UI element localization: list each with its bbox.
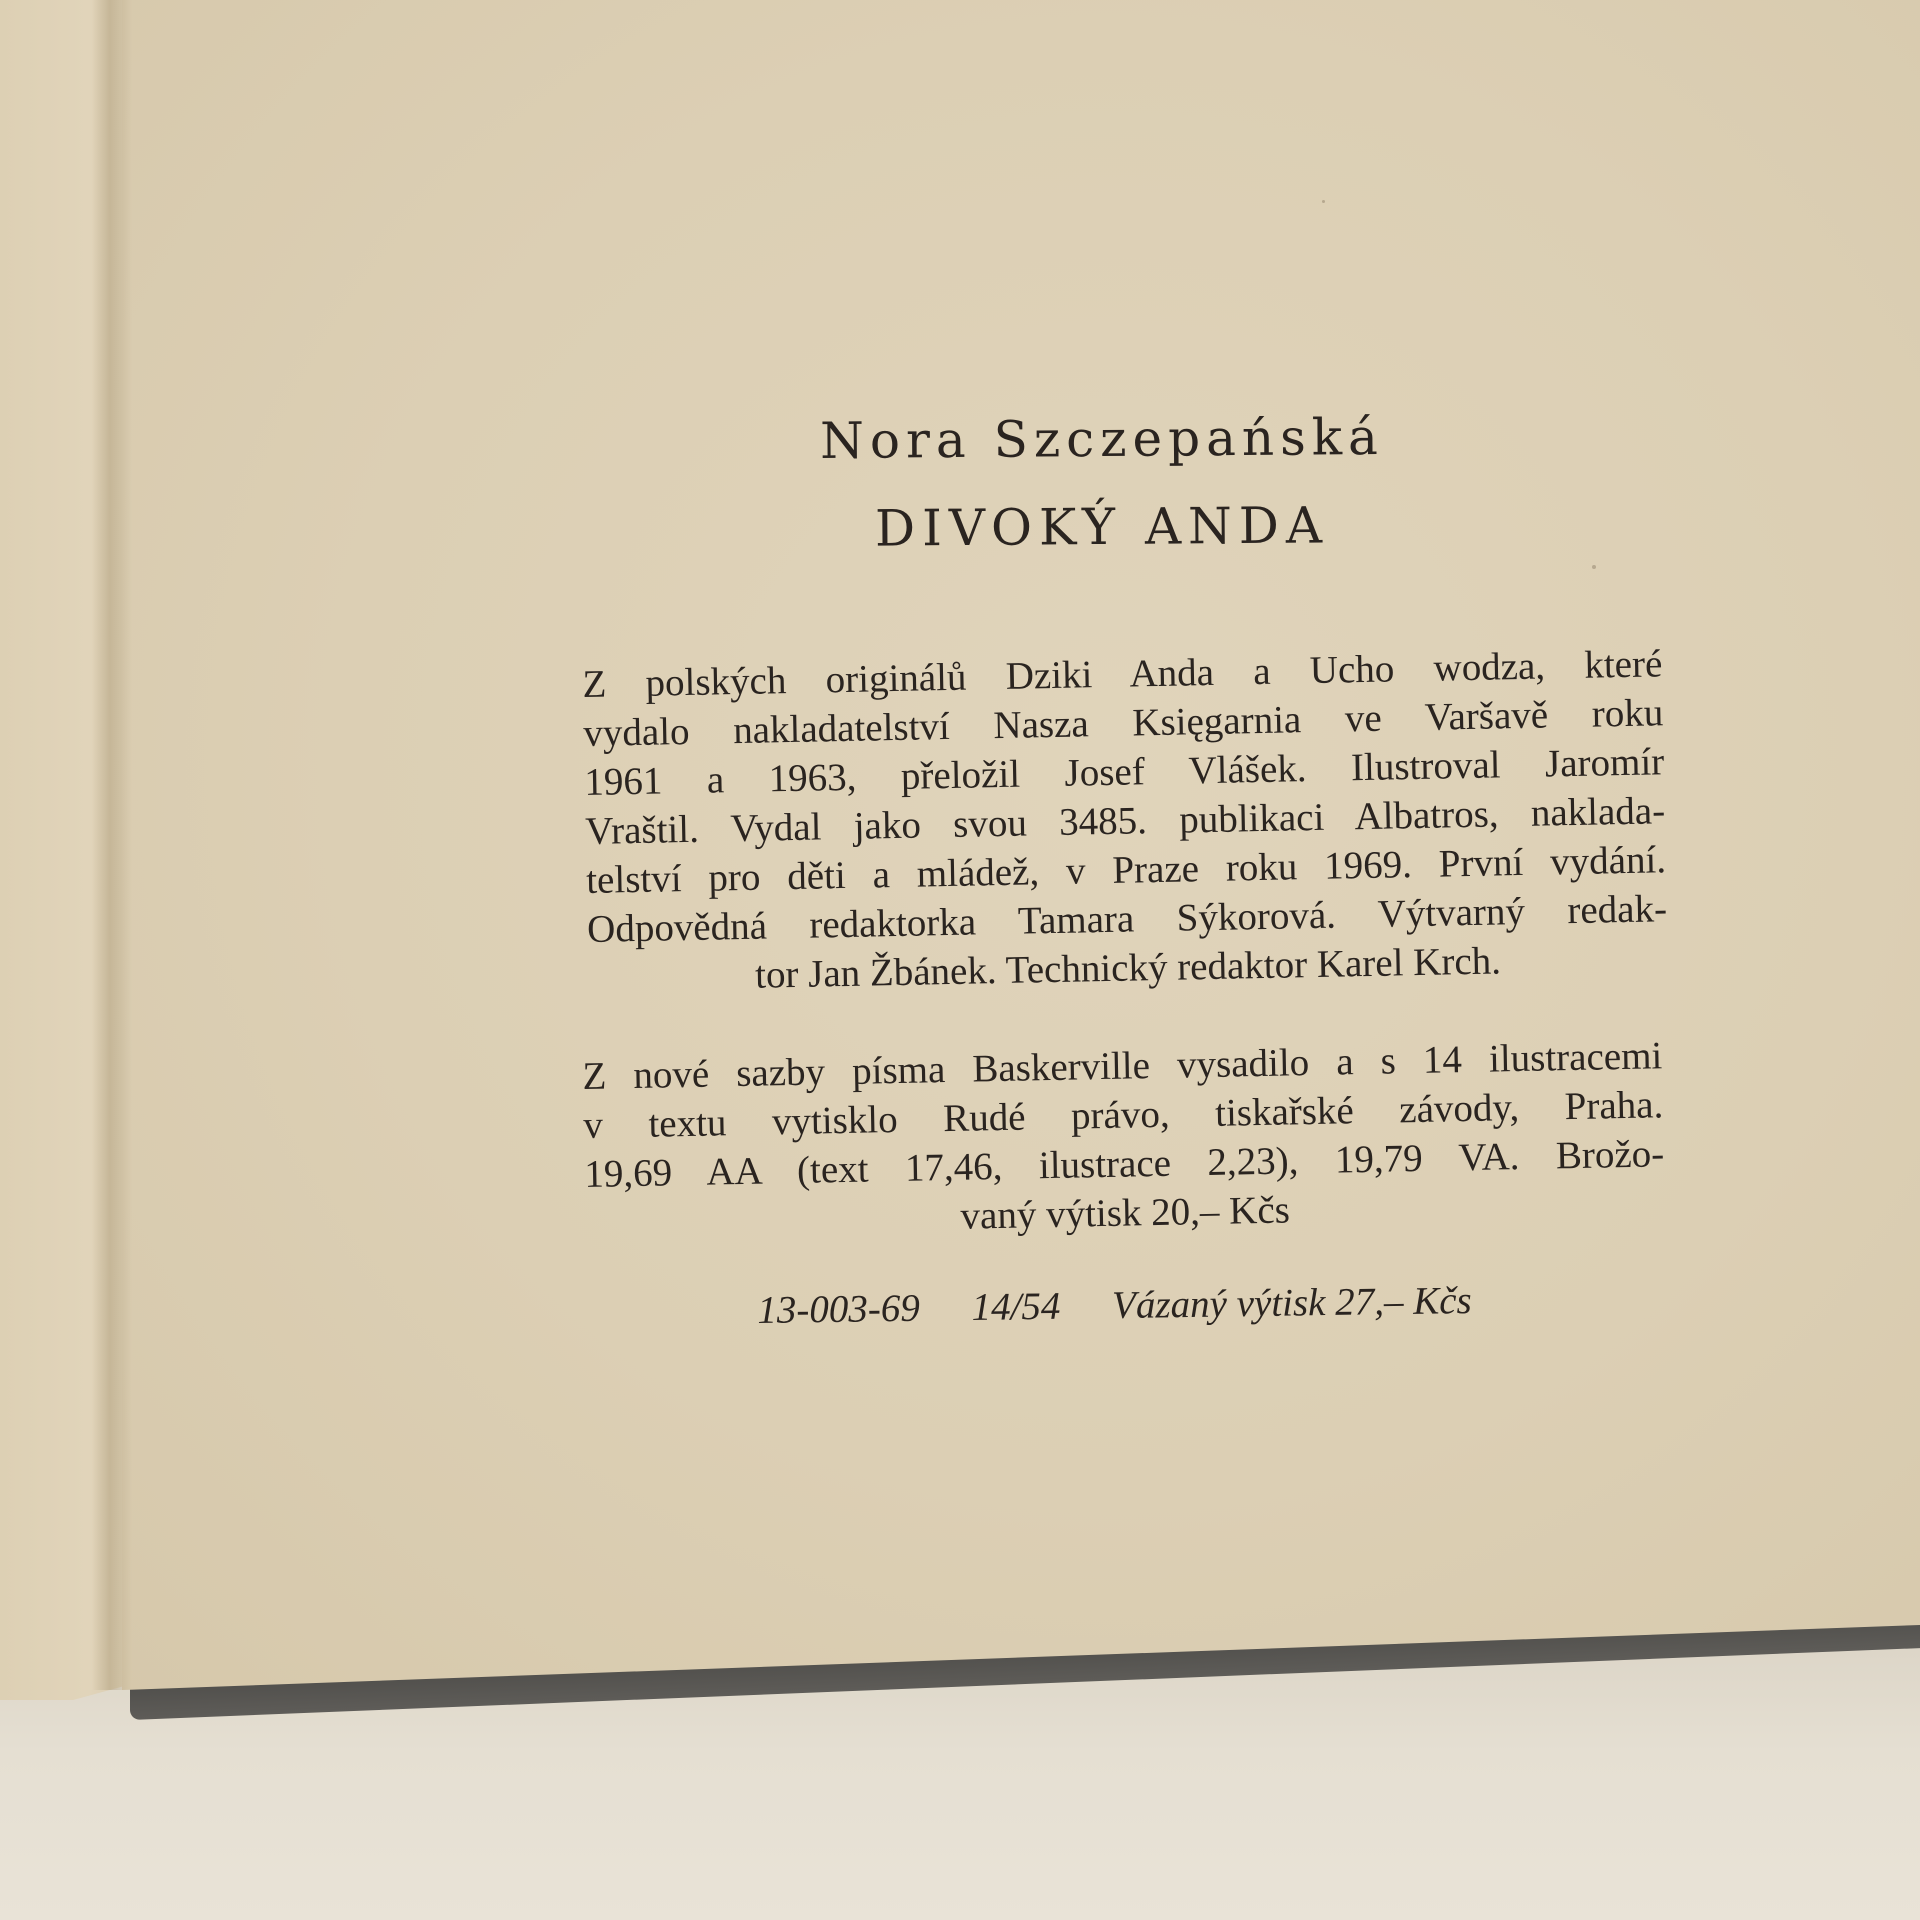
- category-code: 14/54: [971, 1285, 1060, 1329]
- book-photo: Nora Szczepańská DIVOKÝ ANDA Z polských …: [0, 0, 1920, 1920]
- imprint-line: 13-003-69 14/54 Vázaný výtisk 27,– Kčs: [757, 1277, 1514, 1333]
- printing-paragraph: Z nové sazby písma Baskerville vysadilo …: [582, 1031, 1666, 1248]
- paper-speck: [1322, 200, 1325, 203]
- colophon-paragraph: Z polských originálů Dziki Anda a Ucho w…: [582, 639, 1668, 1003]
- colophon-page: Nora Szczepańská DIVOKÝ ANDA Z polských …: [122, 0, 1920, 1700]
- publication-code: 13-003-69: [757, 1287, 920, 1332]
- bound-price: Vázaný výtisk 27,– Kčs: [1112, 1279, 1472, 1327]
- book-title: DIVOKÝ ANDA: [562, 494, 1642, 560]
- author-name: Nora Szczepańská: [562, 406, 1642, 472]
- book-gutter: [92, 0, 132, 1690]
- paper-speck: [1592, 565, 1596, 569]
